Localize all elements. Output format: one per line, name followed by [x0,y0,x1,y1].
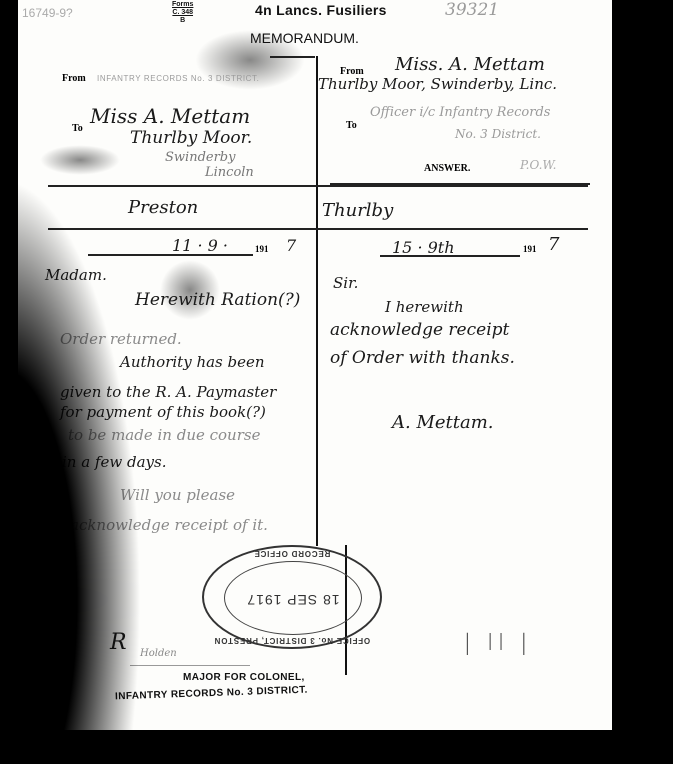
to-line-left: Thurlby Moor. [130,128,252,148]
pencil-marks: | ǀǀ | [465,630,532,657]
stamp-date: 18 SEP 1917 [225,592,361,608]
rule [48,228,588,230]
rule [270,56,315,58]
document-title: MEMORANDUM. [250,30,359,46]
to-line-right: Officer i/c Infantry Records [370,105,550,120]
corner-pencil-number: 16749-9? [22,6,73,20]
stamp-ring-text: RECORD OFFICE [204,549,380,558]
answer-rule [330,183,590,185]
signature-name: Holden [140,648,177,659]
column-divider [316,56,318,546]
body-line-left: Order returned. [60,332,182,347]
body-line-left: Will you please [120,488,235,503]
from-line-right: Thurlby Moor, Swinderby, Linc. [318,75,557,93]
to-line-left: Swinderby [165,150,235,165]
to-line-left: Miss A. Mettam [90,104,250,128]
to-label-left: To [72,123,83,134]
body-line-right: I herewith [385,300,464,315]
body-line-left: acknowledge receipt of it. [70,518,268,533]
place-right: Thurlby [322,200,393,221]
body-line-right: acknowledge receipt [330,322,509,339]
answer-label: ANSWER. [424,163,470,174]
body-line-left: for payment of this book(?) [60,405,266,420]
stamp-ring-text: OFFICE No. 3 DISTRICT, PRESTON [204,636,380,645]
body-line-left: Herewith Ration(?) [135,292,300,309]
signature-rule [130,665,250,666]
stamp-inner-ring: 18 SEP 1917 [224,561,362,635]
signature-right: A. Mettam. [392,412,494,433]
year-hand-left: 7 [286,236,296,255]
date-left: 11 · 9 · [172,236,228,255]
answer-note: P.O.W. [520,158,556,172]
to-line-right: No. 3 District. [455,127,541,141]
to-label-right: To [346,120,357,131]
from-line-right: Miss. A. Mettam [395,54,545,75]
pencil-reference-number: 39321 [445,0,499,20]
place-left: Preston [128,197,198,218]
year-printed-right: 191 [523,244,537,254]
from-label-left: From [62,73,86,84]
body-line-right: Sir. [333,276,358,291]
signature-initials: R [110,630,127,655]
body-line-left: to be made in due course [68,428,260,443]
from-printed-left: INFANTRY RECORDS No. 3 DISTRICT. [97,74,260,83]
to-line-left: Lincoln [205,165,254,180]
body-line-left: Madam. [45,268,107,283]
date-right: 15 · 9th [392,238,455,257]
rule [48,185,588,187]
year-hand-right: 7 [548,234,559,255]
date-rule [88,254,253,256]
body-line-left: Authority has been [120,355,265,370]
form-number: Forms C. 348 B [172,1,193,25]
body-line-left: in a few days. [62,455,166,470]
year-printed-left: 191 [255,244,269,254]
signatory-title: MAJOR FOR COLONEL, [183,672,305,683]
body-line-left: given to the R. A. Paymaster [60,385,276,400]
regiment-stamp: 4n Lancs. Fusiliers [255,2,387,18]
date-stamp: OFFICE No. 3 DISTRICT, PRESTON 18 SEP 19… [202,545,382,649]
body-line-right: of Order with thanks. [330,350,515,367]
